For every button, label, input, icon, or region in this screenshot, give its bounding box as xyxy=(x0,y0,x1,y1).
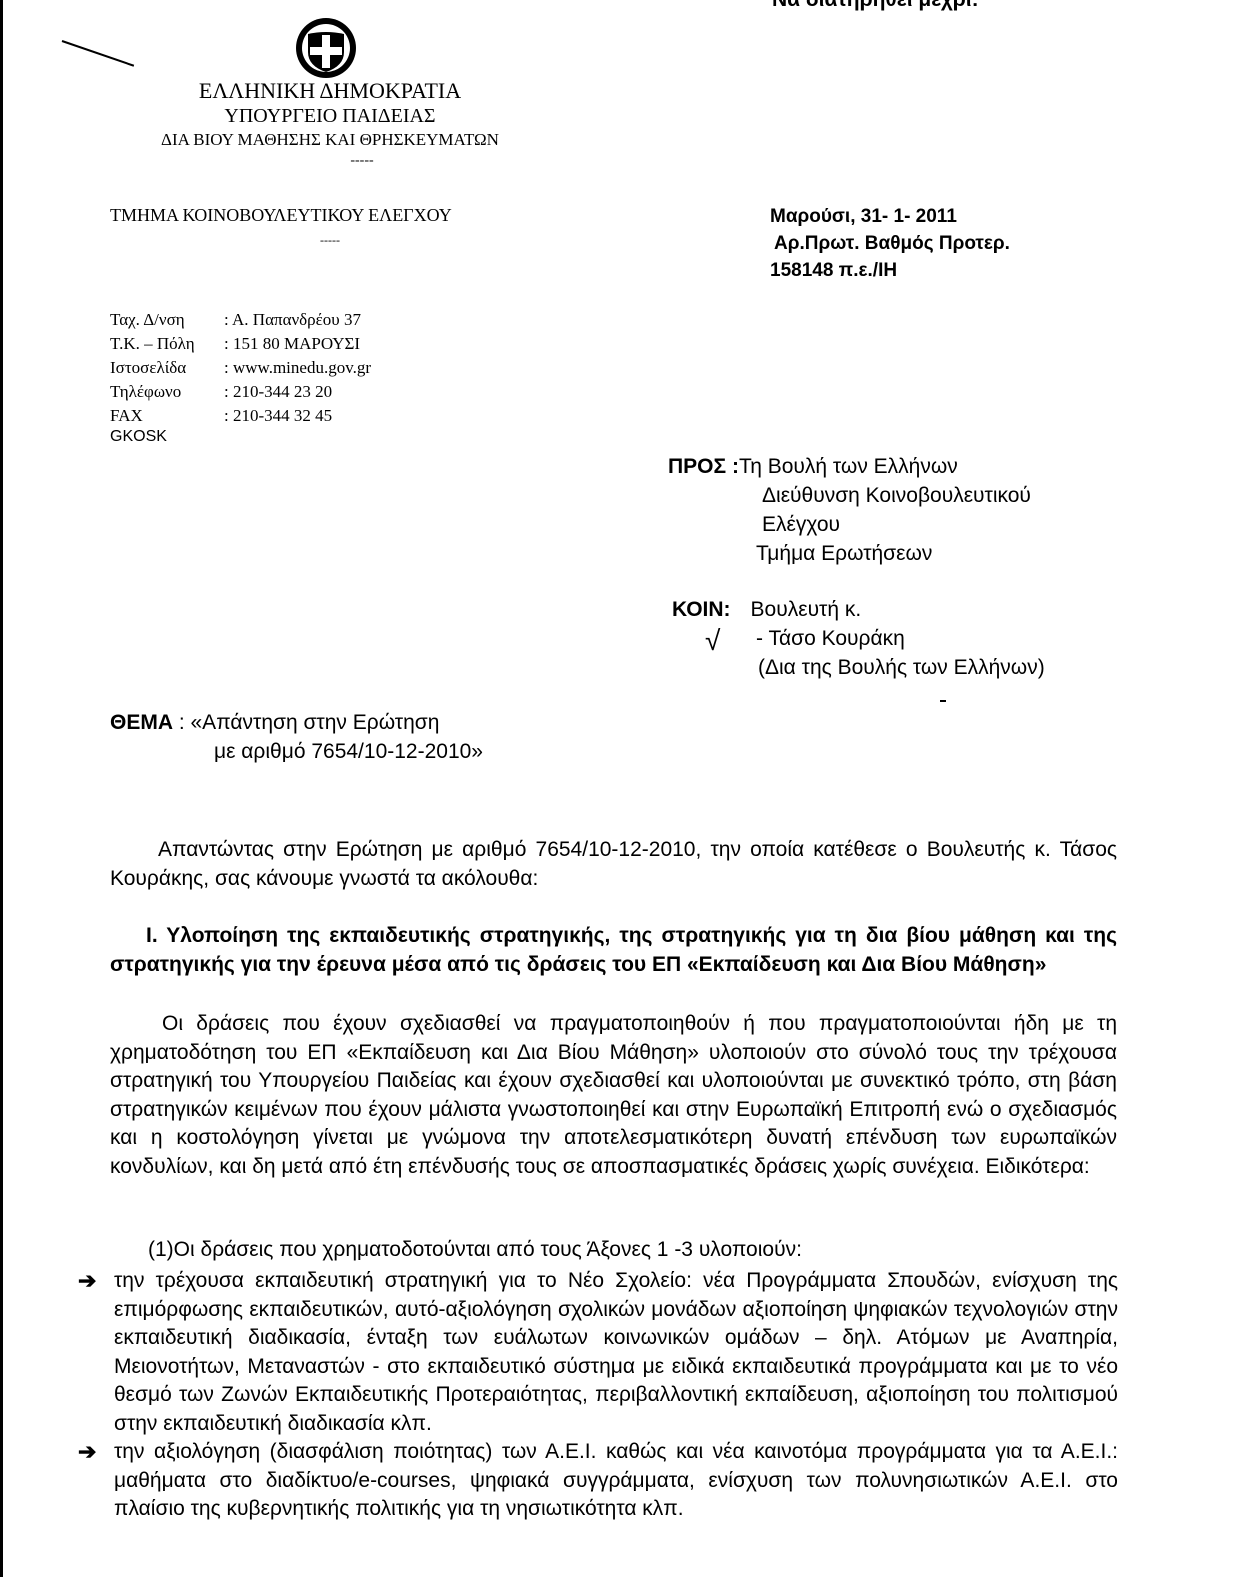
author-code: GKOSK xyxy=(110,428,167,446)
ministry-header: ΕΛΛΗΝΙΚΗ ΔΗΜΟΚΡΑΤΙΑ ΥΠΟΥΡΓΕΙΟ ΠΑΙΔΕΙΑΣ Δ… xyxy=(120,78,540,170)
pen-stroke-mark xyxy=(62,40,135,67)
subject-block: ΘΕΜΑ : «Απάντηση στην Ερώτηση με αριθμό … xyxy=(110,708,483,766)
contact-row: Τηλέφωνο: 210-344 23 20 xyxy=(110,380,371,404)
stray-mark xyxy=(940,700,946,702)
contact-row: Τ.Κ. – Πόλη: 151 80 ΜΑΡΟΥΣΙ xyxy=(110,332,371,356)
cc-line: - Τάσο Κουράκη xyxy=(672,624,1045,653)
protocol-number: 158148 π.ε./ΙΗ xyxy=(770,257,1010,284)
protocol-label: Αρ.Πρωτ. Βαθμός Προτερ. xyxy=(770,230,1010,257)
axes-intro: (1)Οι δράσεις που χρηματοδοτούνται από τ… xyxy=(148,1238,802,1262)
header-separator: ----- xyxy=(184,152,540,170)
cc-line: (Δια της Βουλής των Ελλήνων) xyxy=(672,653,1045,682)
contact-label: Τηλέφωνο xyxy=(110,380,224,404)
department-name: ΤΜΗΜΑ ΚΟΙΝΟΒΟΥΛΕΥΤΙΚΟΥ ΕΛΕΓΧΟΥ xyxy=(110,205,452,226)
contact-label: Ταχ. Δ/νση xyxy=(110,308,224,332)
subject-line: με αριθμό 7654/10-12-2010» xyxy=(110,737,483,766)
subject-label: ΘΕΜΑ xyxy=(110,711,173,734)
contact-row: Ιστοσελίδα: www.minedu.gov.gr xyxy=(110,356,371,380)
recipient-line: Διεύθυνση Κοινοβουλευτικού xyxy=(668,481,1031,510)
recipient-line: Τμήμα Ερωτήσεων xyxy=(668,539,1031,568)
recipient-label: ΠΡΟΣ : xyxy=(668,455,739,478)
contact-label: Τ.Κ. – Πόλη xyxy=(110,332,224,356)
subject-line: : «Απάντηση στην Ερώτηση xyxy=(173,711,439,734)
contact-row: FAX: 210-344 32 45 xyxy=(110,404,371,428)
contact-value: : 210-344 23 20 xyxy=(224,380,332,404)
header-line-2: ΥΠΟΥΡΓΕΙΟ ΠΑΙΔΕΙΑΣ xyxy=(120,104,540,128)
retention-note: Να διατηρηθεί μέχρι: xyxy=(772,0,979,12)
check-mark-icon: √ xyxy=(705,625,720,657)
cc-block: ΚΟΙΝ:Βουλευτή κ. - Τάσο Κουράκη (Δια της… xyxy=(672,595,1045,682)
recipient-line: Τη Βουλή των Ελλήνων xyxy=(739,455,958,478)
section-title: Ι. Υλοποίηση της εκπαιδευτικής στρατηγικ… xyxy=(110,922,1117,979)
list-item-text: την τρέχουσα εκπαιδευτική στρατηγική για… xyxy=(114,1267,1118,1438)
list-item: ➔ την τρέχουσα εκπαιδευτική στρατηγική γ… xyxy=(78,1267,1118,1438)
arrow-right-icon: ➔ xyxy=(78,1438,114,1524)
contact-block: Ταχ. Δ/νση: Α. Παπανδρέου 37 Τ.Κ. – Πόλη… xyxy=(110,308,371,428)
contact-row: Ταχ. Δ/νση: Α. Παπανδρέου 37 xyxy=(110,308,371,332)
recipient-block: ΠΡΟΣ :Τη Βουλή των Ελλήνων Διεύθυνση Κοι… xyxy=(668,452,1031,568)
contact-value: : www.minedu.gov.gr xyxy=(224,356,371,380)
place-date: Μαρούσι, 31- 1- 2011 xyxy=(770,203,1010,230)
cc-line: Βουλευτή κ. xyxy=(751,598,862,621)
contact-label: FAX xyxy=(110,404,224,428)
department-separator: ----- xyxy=(320,233,340,248)
cc-label: ΚΟΙΝ: xyxy=(672,598,731,621)
header-line-3: ΔΙΑ ΒΙΟΥ ΜΑΘΗΣΗΣ ΚΑΙ ΘΡΗΣΚΕΥΜΑΤΩΝ xyxy=(120,128,540,152)
contact-label: Ιστοσελίδα xyxy=(110,356,224,380)
scan-border-line xyxy=(0,0,3,1577)
arrow-right-icon: ➔ xyxy=(78,1267,114,1438)
header-line-1: ΕΛΛΗΝΙΚΗ ΔΗΜΟΚΡΑΤΙΑ xyxy=(120,78,540,104)
greek-coat-of-arms-icon xyxy=(292,14,360,82)
recipient-line: Ελέγχου xyxy=(668,510,1031,539)
contact-value: : Α. Παπανδρέου 37 xyxy=(224,308,361,332)
contact-value: : 151 80 ΜΑΡΟΥΣΙ xyxy=(224,332,360,356)
bullet-list: ➔ την τρέχουσα εκπαιδευτική στρατηγική γ… xyxy=(78,1267,1118,1524)
contact-value: : 210-344 32 45 xyxy=(224,404,332,428)
list-item-text: την αξιολόγηση (διασφάλιση ποιότητας) τω… xyxy=(114,1438,1118,1524)
document-meta: Μαρούσι, 31- 1- 2011 Αρ.Πρωτ. Βαθμός Προ… xyxy=(770,203,1010,284)
intro-paragraph: Απαντώντας στην Ερώτηση με αριθμό 7654/1… xyxy=(110,836,1117,893)
list-item: ➔ την αξιολόγηση (διασφάλιση ποιότητας) … xyxy=(78,1438,1118,1524)
body-paragraph: Οι δράσεις που έχουν σχεδιασθεί να πραγμ… xyxy=(110,1010,1117,1181)
